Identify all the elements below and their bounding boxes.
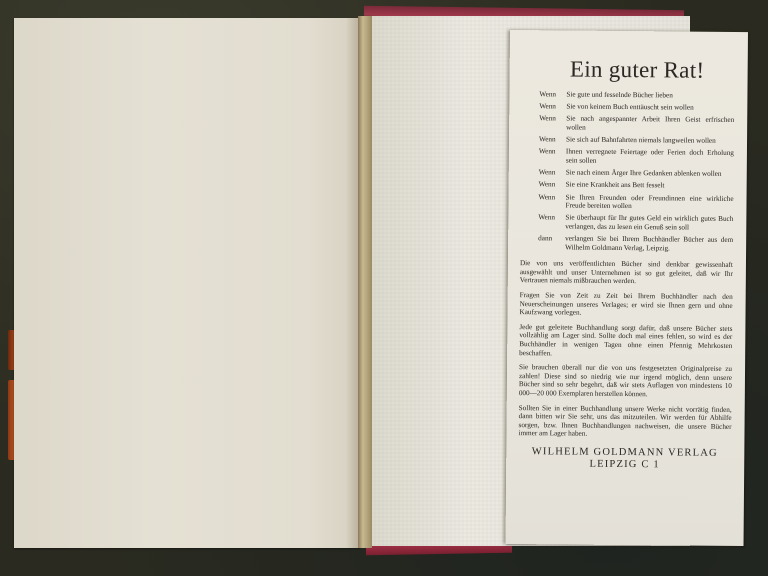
book-gutter (358, 16, 372, 548)
list-item: WennSie gute und fesselnde Bücher lieben (539, 90, 734, 100)
list-item: WennIhnen verregnete Feiertage oder Feri… (539, 148, 734, 167)
list-item: WennSie nach einem Ärger Ihre Gedanken a… (539, 168, 734, 178)
list-lead: Wenn (539, 102, 566, 111)
publisher-city: LEIPZIG C 1 (518, 458, 731, 472)
list-text: Sie nach einem Ärger Ihre Gedanken ablen… (566, 169, 734, 179)
list-lead: Wenn (539, 181, 566, 190)
list-lead: Wenn (538, 193, 565, 210)
list-item: dannverlangen Sie bei Ihrem Buchhändler … (538, 234, 733, 253)
paragraph: Jede gut geleitete Buchhandlung sorgt da… (519, 323, 732, 359)
list-item: WennSie von keinem Buch enttäuscht sein … (539, 102, 734, 112)
list-text: Sie nach angespannter Arbeit Ihren Geist… (566, 115, 734, 134)
paragraph: Fragen Sie von Zeit zu Zeit bei Ihrem Bu… (519, 291, 732, 319)
book-photo: Ein guter Rat! WennSie gute und fesselnd… (0, 0, 768, 576)
list-lead: Wenn (539, 90, 566, 99)
list-text: verlangen Sie bei Ihrem Buchhändler Büch… (565, 235, 733, 254)
publisher-name: WILHELM GOLDMANN VERLAG (518, 446, 731, 460)
list-text: Ihnen verregnete Feiertage oder Ferien d… (566, 148, 734, 167)
list-lead: Wenn (538, 214, 565, 231)
condition-list: WennSie gute und fesselnde Bücher lieben… (538, 90, 734, 253)
left-endpaper (14, 18, 360, 548)
list-text: Sie gute und fesselnde Bücher lieben (566, 90, 734, 100)
list-text: Sie Ihren Freunden oder Freundinnen eine… (565, 193, 733, 212)
list-lead: dann (538, 234, 565, 251)
list-text: Sie von keinem Buch enttäuscht sein woll… (566, 103, 734, 113)
list-item: WennSie Ihren Freunden oder Freundinnen … (538, 193, 733, 212)
paragraph: Sollten Sie in einer Buchhandlung unsere… (518, 404, 731, 440)
list-item: WennSie eine Krankheit ans Bett fesselt (539, 181, 734, 191)
list-lead: Wenn (539, 115, 566, 132)
publisher-imprint: WILHELM GOLDMANN VERLAG LEIPZIG C 1 (518, 446, 731, 472)
list-lead: Wenn (539, 135, 566, 144)
list-lead: Wenn (539, 148, 566, 165)
list-item: WennSie überhaupt für Ihr gutes Geld ein… (538, 214, 733, 233)
paragraph: Die von uns veröffentlichten Bücher sind… (520, 259, 733, 287)
list-item: WennSie sich auf Bahnfahrten niemals lan… (539, 135, 734, 145)
list-text: Sie überhaupt für Ihr gutes Geld ein wir… (565, 214, 733, 233)
card-title: Ein guter Rat! (540, 56, 735, 84)
advertisement-card: Ein guter Rat! WennSie gute und fesselnd… (506, 30, 748, 546)
list-lead: Wenn (539, 168, 566, 177)
list-item: WennSie nach angespannter Arbeit Ihren G… (539, 115, 734, 134)
paragraph: Sie brauchen überall nur die von uns fes… (519, 363, 732, 399)
list-text: Sie sich auf Bahnfahrten niemals langwei… (566, 136, 734, 146)
list-text: Sie eine Krankheit ans Bett fesselt (566, 181, 734, 191)
